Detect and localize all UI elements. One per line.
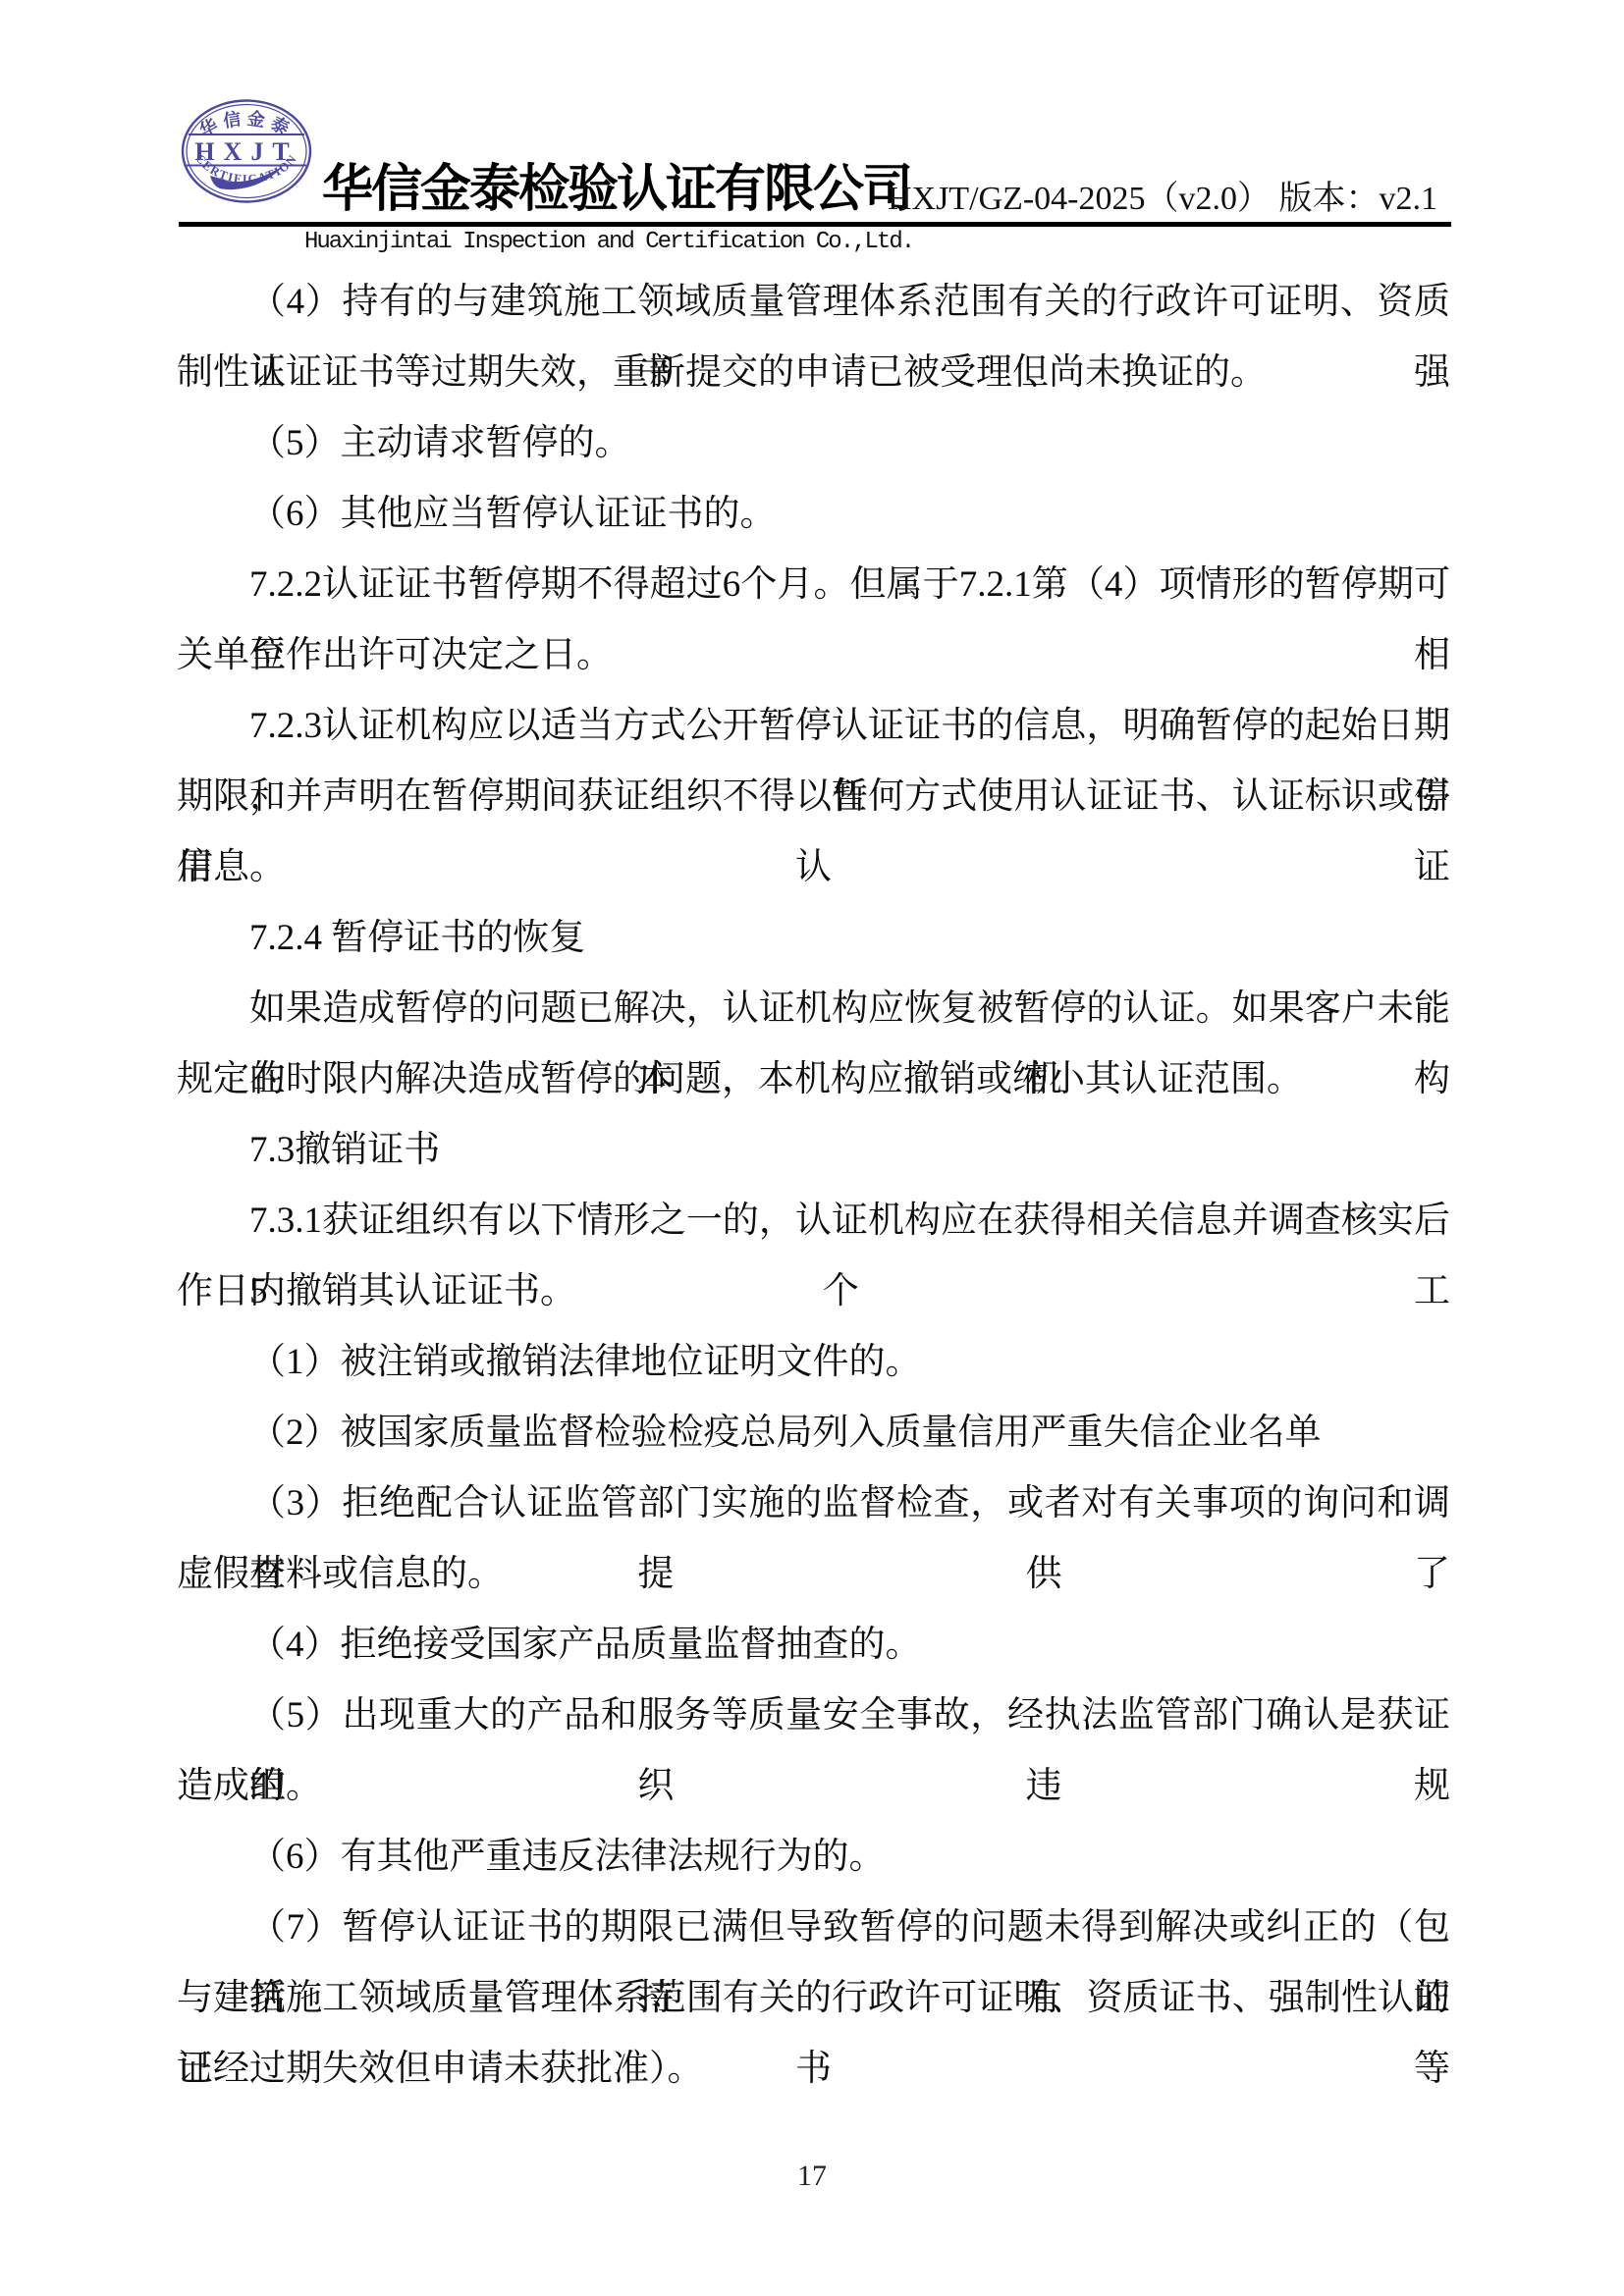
document-code: HXJT/GZ-04-2025（v2.0） 版本：v2.1	[888, 183, 1437, 216]
body-line: （5）主动请求暂停的。	[177, 408, 1450, 479]
body-line: （1）被注销或撤销法律地位证明文件的。	[177, 1327, 1450, 1398]
body-line: （2）被国家质量监督检验检疫总局列入质量信用严重失信企业名单	[177, 1398, 1450, 1468]
company-seal-logo: 华信金泰 HXJT CERTIFICATION	[181, 98, 312, 204]
body-line: 7.2.3认证机构应以适当方式公开暂停认证证书的信息，明确暂停的起始日期和暂停	[177, 691, 1450, 762]
body-line: 7.3撤销证书	[177, 1115, 1450, 1186]
body-line: 如果造成暂停的问题已解决，认证机构应恢复被暂停的认证。如果客户未能在本机构	[177, 974, 1450, 1044]
body-line: 期限，并声明在暂停期间获证组织不得以任何方式使用认证证书、认证标识或引用认证	[177, 762, 1450, 832]
body-line: 7.3.1获证组织有以下情形之一的，认证机构应在获得相关信息并调查核实后5个工	[177, 1186, 1450, 1256]
body-line: （6）有其他严重违反法律法规行为的。	[177, 1822, 1450, 1893]
body-line: （4）拒绝接受国家产品质量监督抽查的。	[177, 1610, 1450, 1681]
seal-top-text: 华信金泰	[196, 107, 298, 140]
body-line: （7）暂停认证证书的期限已满但导致暂停的问题未得到解决或纠正的（包括持有的	[177, 1893, 1450, 1963]
document-page: 华信金泰 HXJT CERTIFICATION 华信金泰检验认证有限公司 HXJ…	[0, 0, 1624, 2296]
body-line: 与建筑施工领域质量管理体系范围有关的行政许可证明、资质证书、强制性认证证书等	[177, 1963, 1450, 2034]
body-line: （5）出现重大的产品和服务等质量安全事故，经执法监管部门确认是获证组织违规	[177, 1681, 1450, 1751]
body-line: 7.2.2认证证书暂停期不得超过6个月。但属于7.2.1第（4）项情形的暂停期可…	[177, 550, 1450, 620]
body-line: 7.2.4 暂停证书的恢复	[177, 903, 1450, 974]
header-divider	[179, 222, 1451, 227]
company-name-en: Huaxinjintai Inspection and Certificatio…	[304, 230, 913, 255]
company-name-cn: 华信金泰检验认证有限公司	[322, 165, 911, 216]
body-line: （6）其他应当暂停认证证书的。	[177, 479, 1450, 550]
body-line: 制性认证证书等过期失效，重新提交的申请已被受理但尚未换证的。	[177, 338, 1450, 408]
page-number: 17	[0, 2162, 1624, 2191]
body-line: （4）持有的与建筑施工领域质量管理体系范围有关的行政许可证明、资质证书、强	[177, 267, 1450, 338]
document-body: （4）持有的与建筑施工领域质量管理体系范围有关的行政许可证明、资质证书、强制性认…	[177, 267, 1450, 2105]
body-line: （3）拒绝配合认证监管部门实施的监督检查，或者对有关事项的询问和调查提供了	[177, 1468, 1450, 1539]
body-line: 规定的时限内解决造成暂停的问题，本机构应撤销或缩小其认证范围。	[177, 1044, 1450, 1115]
